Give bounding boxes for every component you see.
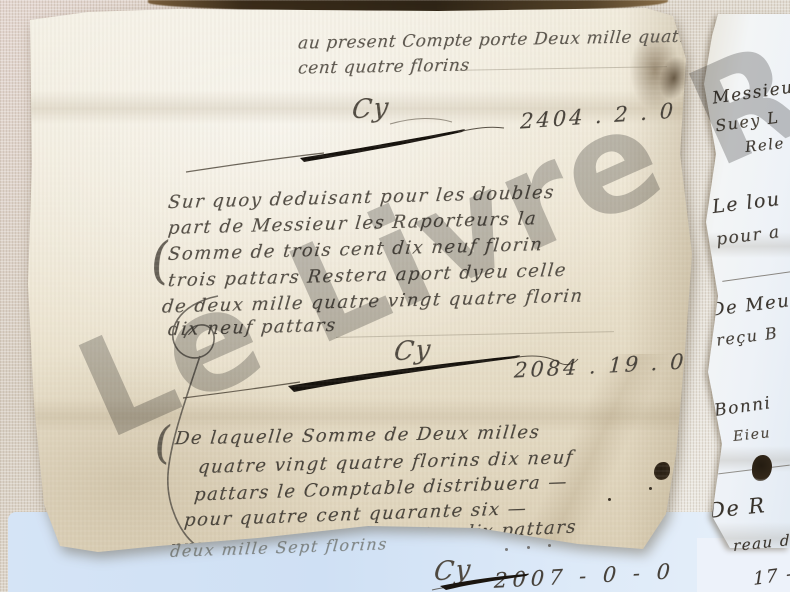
manuscript-line: quatre vingt quatre florins dix neuf [197, 447, 575, 478]
paraphe-hook [390, 118, 452, 124]
manuscript-photo: Messieu Suey L Rele Le lou pour a De Meu… [0, 0, 790, 592]
ink-blot [654, 462, 670, 480]
manuscript-line: pattars le Comptable distribuera — [193, 471, 569, 505]
amount-value: 2084 . 19 . 0 [513, 349, 687, 382]
manuscript-line: pour quatre cent quarante six — [183, 498, 528, 531]
paraphe-lead [186, 153, 324, 172]
manuscript-line: cent quatre florins [297, 55, 470, 78]
ink-speck [649, 487, 652, 490]
manuscript-line: presences, a quatre florins dix pattars [170, 516, 578, 558]
cy-mark: Cy [350, 93, 391, 126]
manuscript-line: De laquelle Somme de Deux milles [174, 422, 541, 449]
manuscript-line: au present Compte porte Deux mille quatr… [297, 26, 699, 53]
ink-speck [608, 498, 611, 501]
diagonal-crease [488, 354, 698, 554]
paraphe-tail [512, 356, 578, 365]
